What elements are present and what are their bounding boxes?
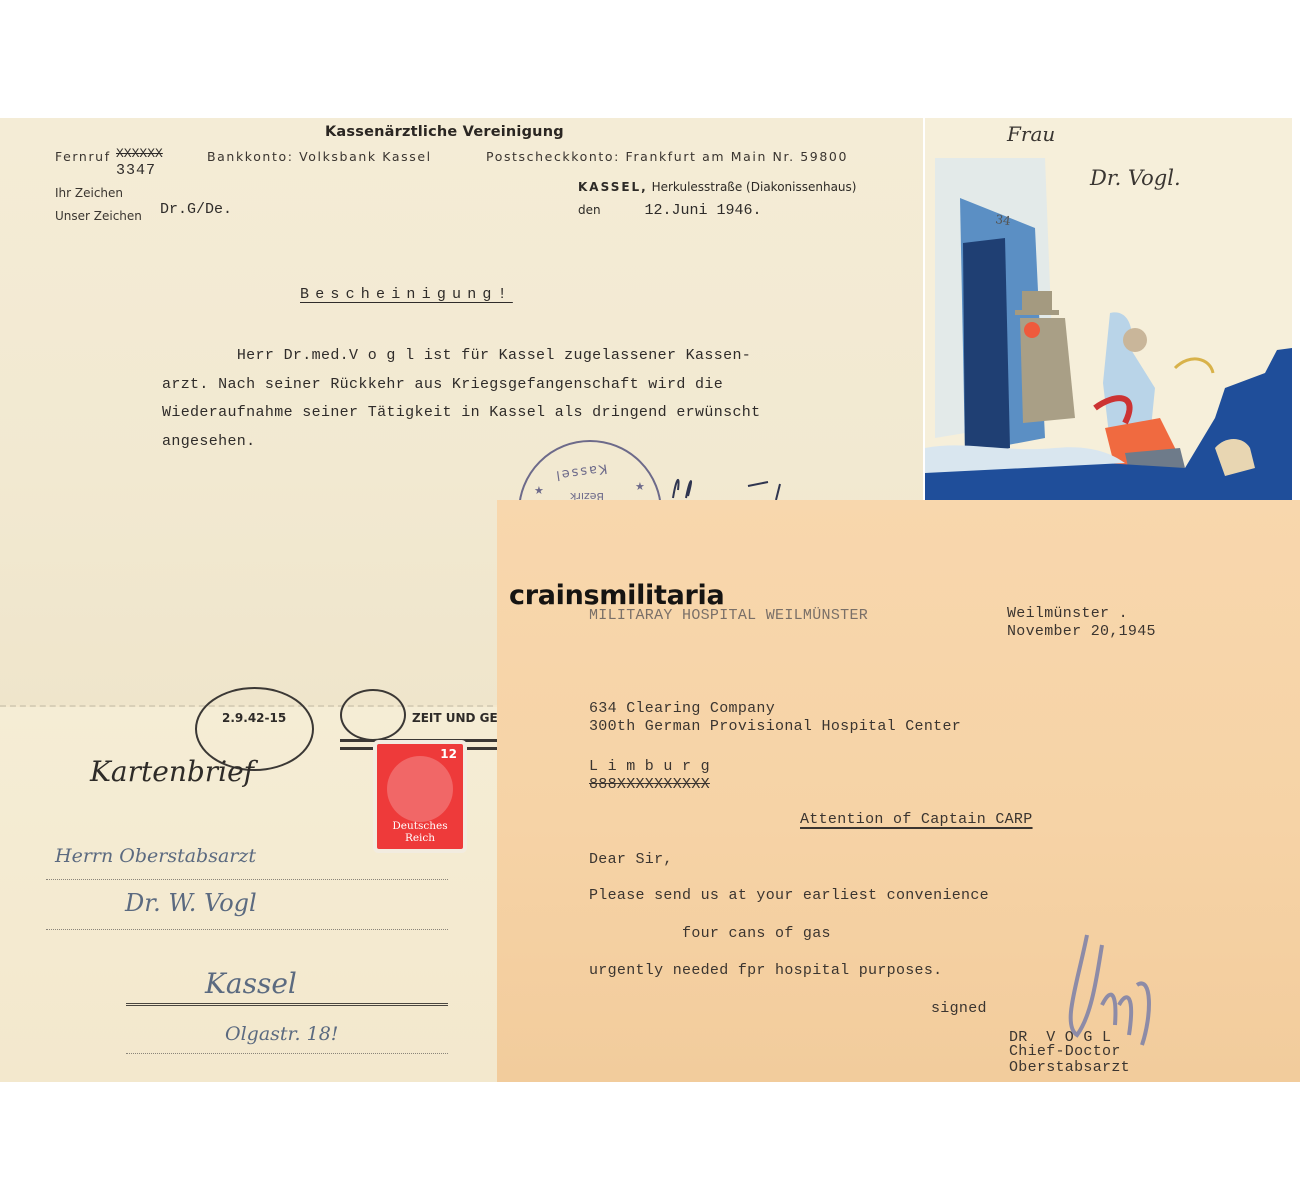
signature-rank: Oberstabsarzt (1009, 1059, 1130, 1076)
address-rule (46, 879, 448, 880)
card-inscription-line1: Frau (1007, 122, 1055, 146)
postmark-wave-line (340, 739, 503, 742)
kartenbrief-title: Kartenbrief (90, 755, 254, 788)
recipient-city: L i m b u r g (589, 758, 710, 775)
postmark-slogan-circle (340, 689, 406, 741)
address-line-2: Dr. W. Vogl (125, 889, 257, 917)
address-rule (46, 929, 448, 930)
star-icon: ★ (635, 480, 645, 493)
address-line-3: Kassel (205, 967, 297, 1000)
phone-struck: XXXXXX (116, 146, 163, 161)
address-line-1: Herrn Oberstabsarzt (55, 845, 256, 867)
city: KASSEL, (578, 180, 648, 194)
kartenbrief-letter-card: 2.9.42-15 ZEIT UND GE Kartenbrief 12 Deu… (0, 705, 503, 1082)
address-line-4: Olgastr. 18! (225, 1023, 338, 1045)
attention-line: Attention of Captain CARP (800, 811, 1033, 828)
handwritten-signature (1057, 925, 1177, 1055)
military-hospital-letter: MILITARAY HOSPITAL WEILMÜNSTER Weilmünst… (497, 500, 1300, 1082)
postal-account: Postscheckkonto: Frankfurt am Main Nr. 5… (486, 149, 848, 164)
date-line: den 12.Juni 1946. (578, 202, 761, 219)
phone-overtype: XXXXXX (116, 146, 163, 161)
recipient-line-2: 300th German Provisional Hospital Center (589, 718, 961, 735)
letter-date: 12.Juni 1946. (644, 202, 761, 219)
stamp-country: Deutsches Reich (377, 820, 463, 844)
letter-place: Weilmünster . (1007, 605, 1128, 622)
handwritten-signature (668, 470, 788, 500)
body-line-3: urgently needed fpr hospital purposes. (589, 962, 942, 979)
watermark: crainsmilitaria (509, 580, 724, 611)
date-label: den (578, 203, 601, 217)
watercolor-card: 34 Frau Dr. Vogl. (925, 118, 1292, 501)
organization-name: Kassenärztliche Vereinigung (325, 124, 564, 140)
postage-stamp: 12 Deutsches Reich (377, 744, 463, 849)
body-line-2: four cans of gas (589, 925, 831, 942)
letter-body: Herr Dr.med.V o g l ist für Kassel zugel… (162, 342, 912, 456)
card-inscription-line2: Dr. Vogl. (1090, 166, 1181, 190)
stamp-portrait (387, 756, 453, 822)
our-ref-label: Unser Zeichen (55, 209, 142, 223)
postmark-slogan: ZEIT UND GE (412, 711, 498, 725)
address-city-rule (126, 1003, 448, 1006)
stamp-value: 12 (440, 747, 457, 761)
address: Herkulesstraße (Diakonissenhaus) (652, 180, 857, 194)
star-icon: ★ (534, 484, 544, 497)
stamp-text-top: Kassel (553, 460, 608, 482)
body-line-1: Please send us at your earliest convenie… (589, 887, 989, 904)
signed-label: signed (931, 1000, 987, 1017)
recipient-line-1: 634 Clearing Company (589, 700, 775, 717)
recipient-city-struck: 888XXXXXXXXXX (589, 776, 710, 793)
door-number: 34 (995, 212, 1012, 228)
postmark-date: 2.9.42-15 (222, 711, 286, 725)
your-ref-label: Ihr Zeichen (55, 186, 123, 200)
phone-label: Fernruf (55, 149, 111, 164)
letter-date: November 20,1945 (1007, 623, 1156, 640)
phone-number: 3347 (116, 162, 156, 179)
address-rule (126, 1053, 448, 1054)
city-address: KASSEL, Herkulesstraße (Diakonissenhaus) (578, 180, 856, 194)
letter-title: Bescheinigung! (300, 286, 513, 303)
salutation: Dear Sir, (589, 851, 673, 868)
our-ref: Dr.G/De. (160, 201, 232, 218)
bank-account: Bankkonto: Volksbank Kassel (207, 149, 432, 164)
